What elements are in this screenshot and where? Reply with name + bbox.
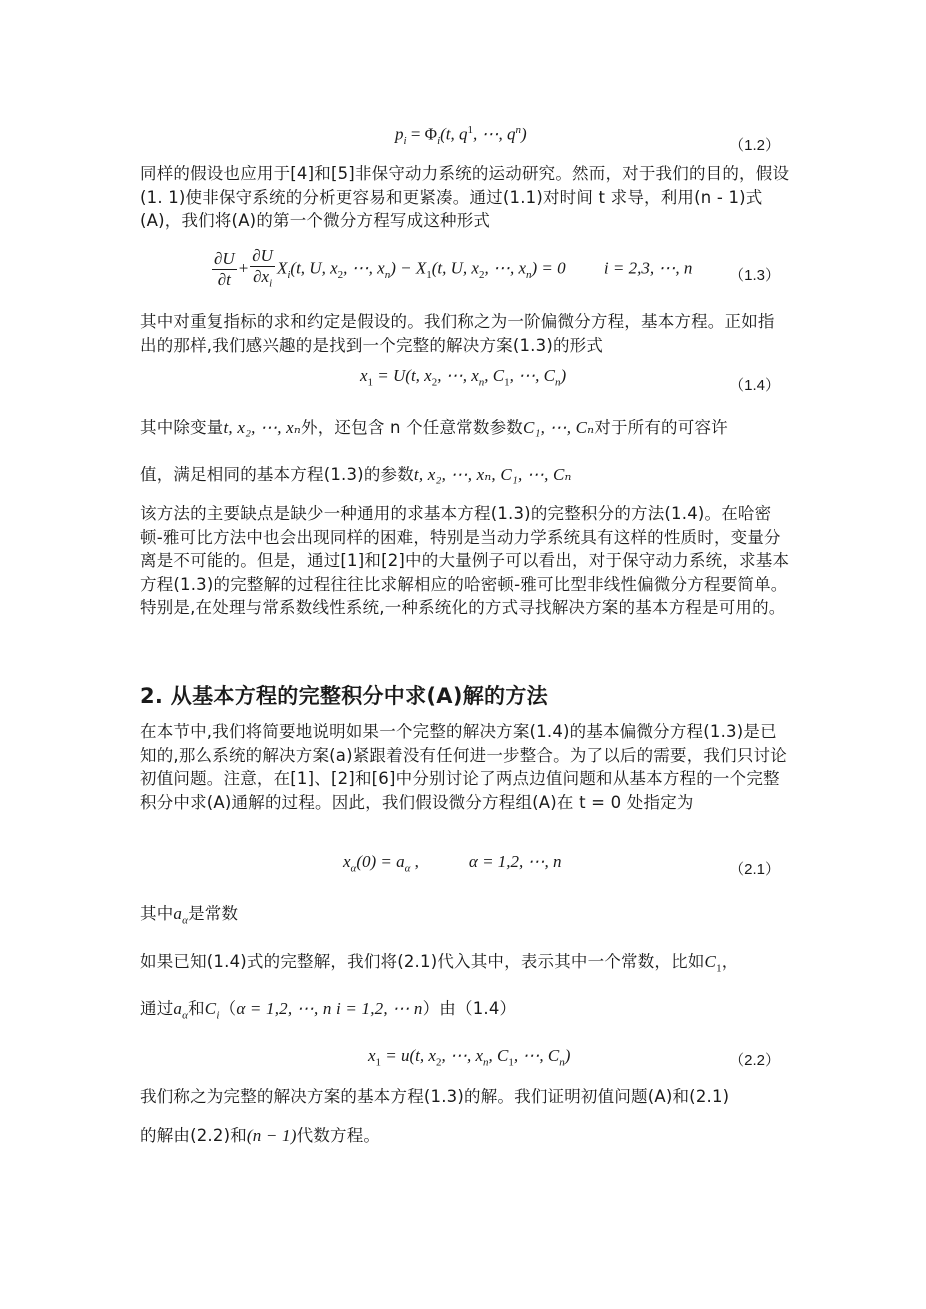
paragraph-11: 的解由(2.2)和(n − 1)代数方程。 xyxy=(140,1124,790,1148)
fraction-du-dt: ∂U∂t xyxy=(212,249,237,290)
paragraph-9: 通过aα和Ci（α = 1,2, ⋯, n i = 1,2, ⋯ n）由（1.4… xyxy=(140,997,790,1028)
section-2-heading: 2. 从基本方程的完整积分中求(A)解的方法 xyxy=(140,680,548,710)
math-inline: α = 1,2, ⋯, n i = 1,2, ⋯ n xyxy=(236,999,422,1018)
math-inline: Ci xyxy=(205,999,220,1018)
paragraph-6: 在本节中,我们将简要地说明如果一个完整的解决方案(1.4)的基本偏微分方程(1.… xyxy=(140,720,790,814)
paragraph-8: 如果已知(1.4)式的完整解，我们将(2.1)代入其中，表示其中一个常数，比如C… xyxy=(140,950,790,981)
math-inline: C1 xyxy=(705,952,722,971)
text: 其中除变量 xyxy=(140,418,224,437)
equation-number-1-2: （1.2） xyxy=(729,134,780,155)
text: 的解由(2.2)和 xyxy=(140,1126,247,1145)
text: 外，还包含 n 个任意常数参数 xyxy=(301,418,523,437)
paragraph-5: 该方法的主要缺点是缺少一种通用的求基本方程(1.3)的完整积分的方法(1.4)。… xyxy=(140,502,790,620)
equation-1-2: pi = Φi(t, q1, ⋯, qn) xyxy=(395,124,527,147)
equation-number-2-1: （2.1） xyxy=(729,858,780,879)
math-inline: aα xyxy=(173,904,188,923)
text: 通过 xyxy=(140,999,173,1018)
text: 对于所有的可容许 xyxy=(594,418,728,437)
math-inline: t, x₂, ⋯, xₙ, C₁, ⋯, Cₙ xyxy=(414,465,572,484)
math-inline: t, x₂, ⋯, xₙ xyxy=(224,418,302,437)
document-page: pi = Φi(t, q1, ⋯, qn) （1.2） 同样的假设也应用于[4]… xyxy=(0,0,926,1309)
paragraph-1: 同样的假设也应用于[4]和[5]非保守动力系统的运动研究。然而，对于我们的目的，… xyxy=(140,162,790,233)
equation-number-2-2: （2.2） xyxy=(729,1049,780,1070)
equation-1-4: x1 = U(t, x2, ⋯, xn, C1, ⋯, Cn) xyxy=(360,366,566,388)
equation-2-1: xα(0) = aα ,α = 1,2, ⋯, n xyxy=(343,852,562,874)
text: 代数方程。 xyxy=(297,1126,381,1145)
equation-number-1-4: （1.4） xyxy=(729,374,780,395)
text: 值，满足相同的基本方程(1.3)的参数 xyxy=(140,465,414,484)
paragraph-2: 其中对重复指标的求和约定是假设的。我们称之为一阶偏微分方程，基本方程。正如指出的… xyxy=(140,310,790,357)
text: 是常数 xyxy=(188,904,238,923)
equation-number-1-3: （1.3） xyxy=(729,264,780,285)
text: ， xyxy=(722,952,739,971)
equation-2-2: x1 = u(t, x2, ⋯, xn, C1, ⋯, Cn) xyxy=(368,1046,570,1068)
text: 如果已知(1.4)式的完整解，我们将(2.1)代入其中，表示其中一个常数，比如 xyxy=(140,952,705,971)
text: 其中 xyxy=(140,904,173,923)
text: ）由（1.4） xyxy=(423,999,517,1018)
fraction-du-dxi: ∂U∂xi xyxy=(250,246,275,293)
paragraph-4: 值，满足相同的基本方程(1.3)的参数t, x₂, ⋯, xₙ, C₁, ⋯, … xyxy=(140,463,790,487)
math-inline: aα xyxy=(173,999,188,1018)
paragraph-10: 我们称之为完整的解决方案的基本方程(1.3)的解。我们证明初值问题(A)和(2.… xyxy=(140,1085,790,1109)
math-inline: C₁, ⋯, Cₙ xyxy=(523,418,594,437)
paragraph-7: 其中aα是常数 xyxy=(140,902,790,933)
text: 和 xyxy=(188,999,205,1018)
text: （ xyxy=(220,999,237,1018)
math-inline: (n − 1) xyxy=(247,1126,297,1145)
equation-1-3: ∂U∂t+∂U∂xiXi(t, U, x2, ⋯, xn) − X1(t, U,… xyxy=(210,246,692,293)
paragraph-3: 其中除变量t, x₂, ⋯, xₙ外，还包含 n 个任意常数参数C₁, ⋯, C… xyxy=(140,416,790,440)
